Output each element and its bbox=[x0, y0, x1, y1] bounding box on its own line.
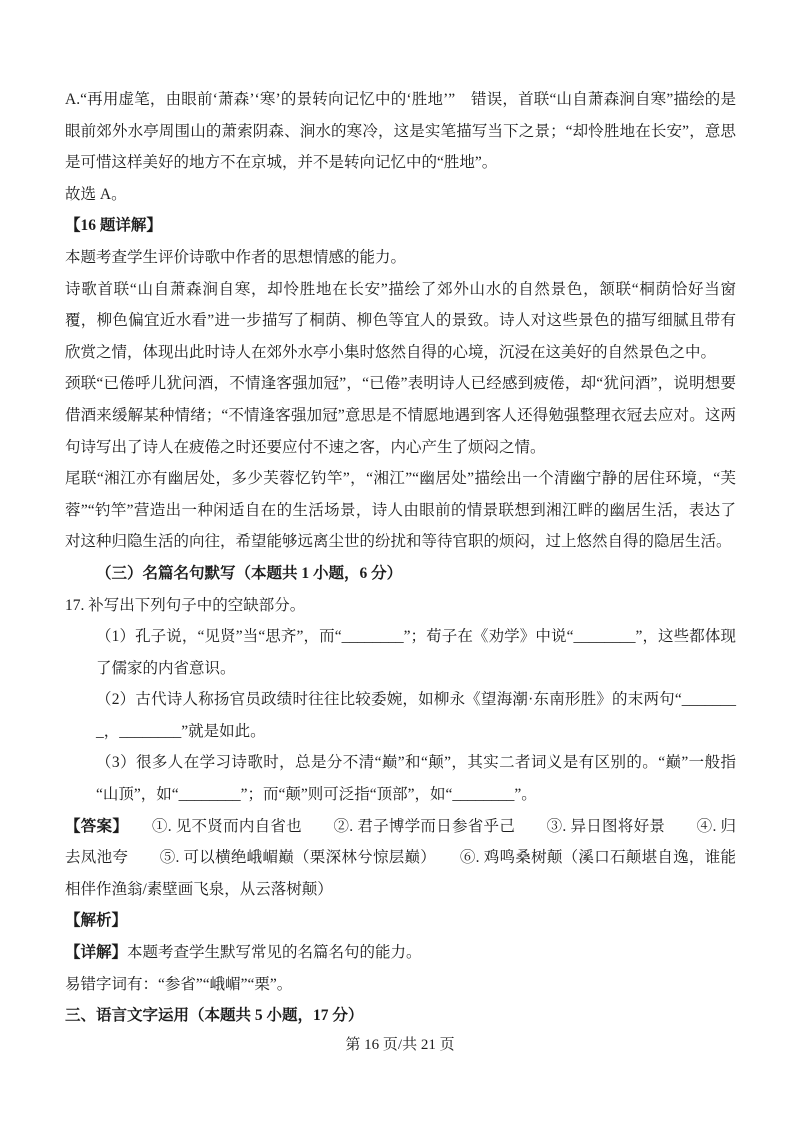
bold-label-text: 【详解】 bbox=[65, 944, 127, 961]
q17-item-1: （1）孔子说，“见贤”当“思齐”，而“________”；荀子在《劝学》中说“_… bbox=[65, 621, 736, 684]
page-number-footer: 第 16 页/共 21 页 bbox=[0, 1034, 800, 1056]
section-language-use-heading: 三、语言文字运用（本题共 5 小题，17 分） bbox=[65, 1000, 736, 1032]
q16-detail-heading: 【16 题详解】 bbox=[65, 210, 736, 242]
bold-label-text: 【16 题详解】 bbox=[65, 217, 162, 234]
q17-error-prone-words: 易错字词有：“参省”“峨嵋”“栗”。 bbox=[65, 969, 736, 1001]
body-text: 尾联“湘江亦有幽居处，多少芙蓉忆钓竿”，“湘江”“幽居处”描绘出一个清幽宁静的居… bbox=[65, 470, 736, 550]
body-text: 故选 A。 bbox=[65, 186, 127, 203]
document-page: A.“再用虚笔，由眼前‘萧森’‘寒’的景转向记忆中的‘胜地’” 错误，首联“山自… bbox=[0, 0, 800, 1132]
body-text: （3）很多人在学习诗歌时，总是分不清“巅”和“颠”，其实二者词义是有区别的。“巅… bbox=[96, 754, 736, 803]
answer-conclusion: 故选 A。 bbox=[65, 179, 736, 211]
body-text: （1）孔子说，“见贤”当“思齐”，而“________”；荀子在《劝学》中说“_… bbox=[96, 628, 736, 677]
option-a-explanation: A.“再用虚笔，由眼前‘萧森’‘寒’的景转向记忆中的‘胜地’” 错误，首联“山自… bbox=[65, 84, 736, 179]
body-text: ①. 见不贤而内自省也 ②. 君子博学而日参省乎己 ③. 异日图将好景 ④. 归… bbox=[65, 818, 736, 898]
document-body: A.“再用虚笔，由眼前‘萧森’‘寒’的景转向记忆中的‘胜地’” 错误，首联“山自… bbox=[65, 84, 736, 1032]
q17-analysis-label: 【解析】 bbox=[65, 905, 736, 937]
bold-label-text: 三、语言文字运用（本题共 5 小题，17 分） bbox=[65, 1007, 363, 1024]
q17-detail-line: 【详解】本题考查学生默写常见的名篇名句的能力。 bbox=[65, 937, 736, 969]
body-text: A.“再用虚笔，由眼前‘萧森’‘寒’的景转向记忆中的‘胜地’” 错误，首联“山自… bbox=[65, 91, 736, 171]
bold-label-text: （三）名篇名句默写（本题共 1 小题，6 分） bbox=[96, 565, 402, 582]
body-text: 本题考查学生评价诗歌中作者的思想情感的能力。 bbox=[65, 249, 406, 266]
body-text: 17. 补写出下列句子中的空缺部分。 bbox=[65, 597, 305, 614]
body-text: 易错字词有：“参省”“峨嵋”“栗”。 bbox=[65, 976, 292, 993]
q16-neck-couplet-analysis: 颈联“已倦呼儿犹问酒，不情逢客强加冠”，“已倦”表明诗人已经感到疲倦，却“犹问酒… bbox=[65, 368, 736, 463]
section-3-heading: （三）名篇名句默写（本题共 1 小题，6 分） bbox=[65, 558, 736, 590]
body-text: （2）古代诗人称扬官员政绩时往往比较委婉，如柳永《望海潮·东南形胜》的末两句“_… bbox=[96, 691, 736, 740]
body-text: 颈联“已倦呼儿犹问酒，不情逢客强加冠”，“已倦”表明诗人已经感到疲倦，却“犹问酒… bbox=[65, 375, 736, 455]
q16-tail-couplet-analysis: 尾联“湘江亦有幽居处，多少芙蓉忆钓竿”，“湘江”“幽居处”描绘出一个清幽宁静的居… bbox=[65, 463, 736, 558]
q16-first-couplet-analysis: 诗歌首联“山自萧森涧自寒，却怜胜地在长安”描绘了郊外山水的自然景色，颔联“桐荫恰… bbox=[65, 274, 736, 369]
body-text: 诗歌首联“山自萧森涧自寒，却怜胜地在长安”描绘了郊外山水的自然景色，颔联“桐荫恰… bbox=[65, 281, 736, 361]
q17-answer-line: 【答案】 ①. 见不贤而内自省也 ②. 君子博学而日参省乎己 ③. 异日图将好景… bbox=[65, 811, 736, 906]
q17-item-2: （2）古代诗人称扬官员政绩时往往比较委婉，如柳永《望海潮·东南形胜》的末两句“_… bbox=[65, 684, 736, 747]
bold-label-text: 【答案】 bbox=[65, 818, 120, 835]
q17-item-3: （3）很多人在学习诗歌时，总是分不清“巅”和“颠”，其实二者词义是有区别的。“巅… bbox=[65, 747, 736, 810]
body-text: 本题考查学生默写常见的名篇名句的能力。 bbox=[127, 944, 422, 961]
q17-stem: 17. 补写出下列句子中的空缺部分。 bbox=[65, 590, 736, 622]
bold-label-text: 【解析】 bbox=[65, 912, 127, 929]
q16-ability-statement: 本题考查学生评价诗歌中作者的思想情感的能力。 bbox=[65, 242, 736, 274]
